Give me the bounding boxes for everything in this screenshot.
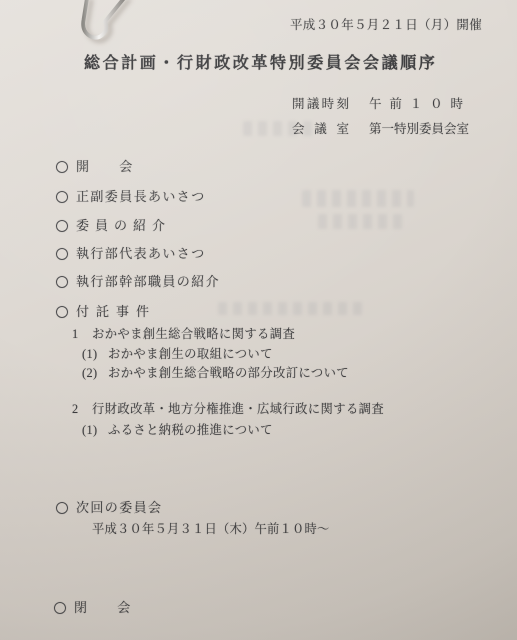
matter-title: 行財政改革・地方分権推進・広域行政に関する調査	[92, 400, 384, 418]
photographed-agenda-document: 平成３０年５月２１日（月）開催 総合計画・行財政改革特別委員会会議順序 開議時刻…	[0, 0, 517, 640]
info-value: 午前１０時	[369, 95, 463, 113]
agenda-item-label: 閉 会	[74, 599, 132, 617]
subitem-number: (1)	[82, 421, 98, 439]
circle-bullet	[56, 502, 68, 514]
matter-title: おかやま創生総合戦略に関する調査	[92, 325, 295, 343]
info-value: 第一特別委員会室	[369, 120, 469, 138]
binder-clip-wire	[83, 0, 128, 38]
agenda-item-label: 正副委員長あいさつ	[76, 188, 206, 206]
subitem-text: おかやま創生の取組について	[108, 345, 273, 363]
circle-bullet	[56, 306, 68, 318]
next-meeting-datetime: 平成３０年５月３１日（木）午前１０時～	[92, 520, 329, 538]
info-label: 開議時刻	[292, 95, 349, 113]
circle-bullet	[56, 248, 68, 260]
ghost-bleedthrough	[302, 190, 414, 207]
info-row-room: 会議室 第一特別委員会室	[292, 120, 472, 138]
agenda-item-label: 執行部代表あいさつ	[76, 245, 206, 263]
circle-bullet	[56, 220, 68, 232]
binder-clip-icon	[74, 0, 138, 60]
circle-bullet	[56, 276, 68, 288]
info-label: 会議室	[292, 120, 349, 138]
subitem-text: ふるさと納税の推進について	[108, 421, 273, 439]
meeting-date-line: 平成３０年５月２１日（月）開催	[290, 16, 482, 34]
agenda-item-label: 付託事件	[76, 303, 156, 321]
agenda-item-label: 執行部幹部職員の紹介	[76, 273, 220, 291]
info-row-start-time: 開議時刻 午前１０時	[292, 95, 472, 113]
subitem-number: (1)	[82, 345, 98, 363]
agenda-item-label: 委員の紹介	[76, 217, 171, 235]
subitem-text: おかやま創生総合戦略の部分改訂について	[108, 364, 349, 382]
matter-number: 2	[72, 400, 79, 418]
ghost-bleedthrough	[318, 214, 406, 229]
agenda-item-label: 次回の委員会	[76, 499, 162, 517]
circle-bullet	[54, 602, 66, 614]
circle-bullet	[56, 161, 68, 173]
circle-bullet	[56, 191, 68, 203]
subitem-number: (2)	[82, 364, 98, 382]
matter-number: 1	[72, 325, 79, 343]
agenda-item-label: 開 会	[76, 158, 134, 176]
document-title: 総合計画・行財政改革特別委員会会議順序	[84, 55, 437, 73]
ghost-bleedthrough	[218, 302, 366, 315]
